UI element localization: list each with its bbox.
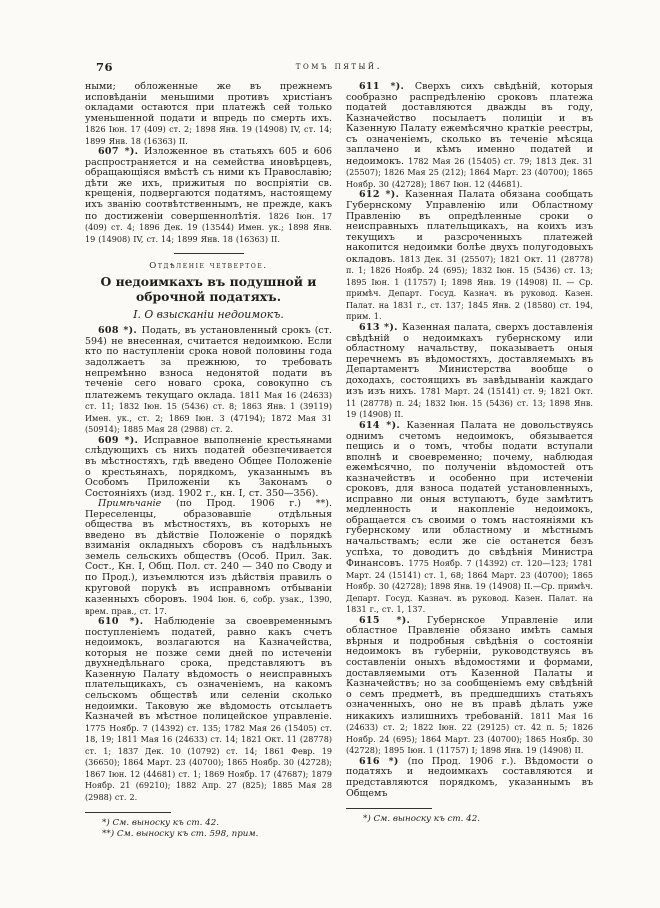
text-segment-normal: Сверхъ сихъ свѣдѣній, которыя сообразно … [346,81,593,167]
text-segment-normal: **) См. выноску къ ст. 598, прим. [102,829,258,839]
footnote-divider [346,808,432,809]
article-615: 615 *). Губернское Управленіе или област… [346,616,593,757]
text-segment-bold: 607 *). [98,146,144,157]
footnote-1: *) См. выноску къ ст. 42. [85,818,332,829]
article-616: 616 *) (по Прод. 1906 г.). Вѣдомости о п… [346,757,593,799]
text-segment-bold: 613 *). [359,322,402,333]
footnote-1: *) См. выноску къ ст. 42. [346,814,593,825]
text-segment-cite: 1826 Іюн. 17 (409) ст. 2; 1898 Янв. 19 (… [85,124,332,146]
note-to-article-609: Примѣчаніе (по Прод. 1906 г.) **). Перес… [85,499,332,617]
book-page: 76 томъ пятый. ными; обложенные же въ пр… [0,0,660,908]
text-segment-normal: ными; обложенные же въ прежнемъ исповѣда… [85,81,332,124]
left-column: ными; обложенные же въ прежнемъ исповѣда… [85,82,332,840]
article-612: 612 *). Казенная Палата обязана сообщать… [346,190,593,323]
text-segment-normal: *) См. выноску къ ст. 42. [363,814,480,824]
article-611: 611 *). Сверхъ сихъ свѣдѣній, которыя со… [346,82,593,190]
text-segment-bold: 615 *). [359,615,427,626]
text-segment-cite: 1775 Ноябр. 7 (14392) ст. 135; 1782 Мая … [85,723,332,802]
article-613: 613 *). Казенная палата, сверхъ доставле… [346,323,593,421]
running-title: томъ пятый. [85,61,593,72]
section-title: О недоимкахъ въ подушной и оброчной пода… [87,275,330,304]
section-divider [174,253,244,254]
text-segment-normal: (по Прод. 1906 г.) **). Переселенцы, обр… [85,498,332,605]
right-column: 611 *). Сверхъ сихъ свѣдѣній, которыя со… [346,82,593,840]
text-segment-bold: 616 *) [359,756,408,767]
section-heading: Отдѣленіе четвертое. [85,261,332,271]
footnote-2: **) См. выноску къ ст. 598, прим. [85,829,332,840]
subsection-heading: I. О взысканіи недоимокъ. [85,308,332,321]
text-segment-normal: Наблюденіе за своевременнымъ поступленіе… [85,616,332,722]
two-column-layout: ными; обложенные же въ прежнемъ исповѣда… [85,82,593,840]
text-block: 76 томъ пятый. ными; обложенные же въ пр… [85,58,593,840]
article-614: 614 *). Казенная Палата не довольствуясь… [346,421,593,616]
text-segment-bold: 609 *). [98,435,144,446]
paragraph-continuation: ными; обложенные же въ прежнемъ исповѣда… [85,82,332,147]
article-608: 608 *). Подать, въ установленный срокъ (… [85,326,332,435]
text-segment-bold: 608 *). [98,325,142,336]
text-segment-normal: *) См. выноску къ ст. 42. [102,818,219,828]
text-segment-italic: Примѣчаніе [98,498,161,509]
page-header: 76 томъ пятый. [85,58,593,82]
text-segment-bold: 611 *). [359,81,415,92]
text-segment-bold: 612 *). [359,189,405,200]
text-segment-normal: Казенная Палата не довольствуясь однимъ … [346,420,593,569]
text-segment-bold: 614 *). [359,420,407,431]
footnote-divider [85,812,171,813]
text-segment-normal: Губернское Управленіе или областное Прав… [346,615,593,722]
article-610: 610 *). Наблюденіе за своевременнымъ пос… [85,617,332,803]
article-609: 609 *). Исправное выполненіе крестьянами… [85,436,332,499]
text-segment-bold: 610 *). [98,616,154,627]
article-607: 607 *). Изложенное въ статьяхъ 605 и 606… [85,147,332,245]
